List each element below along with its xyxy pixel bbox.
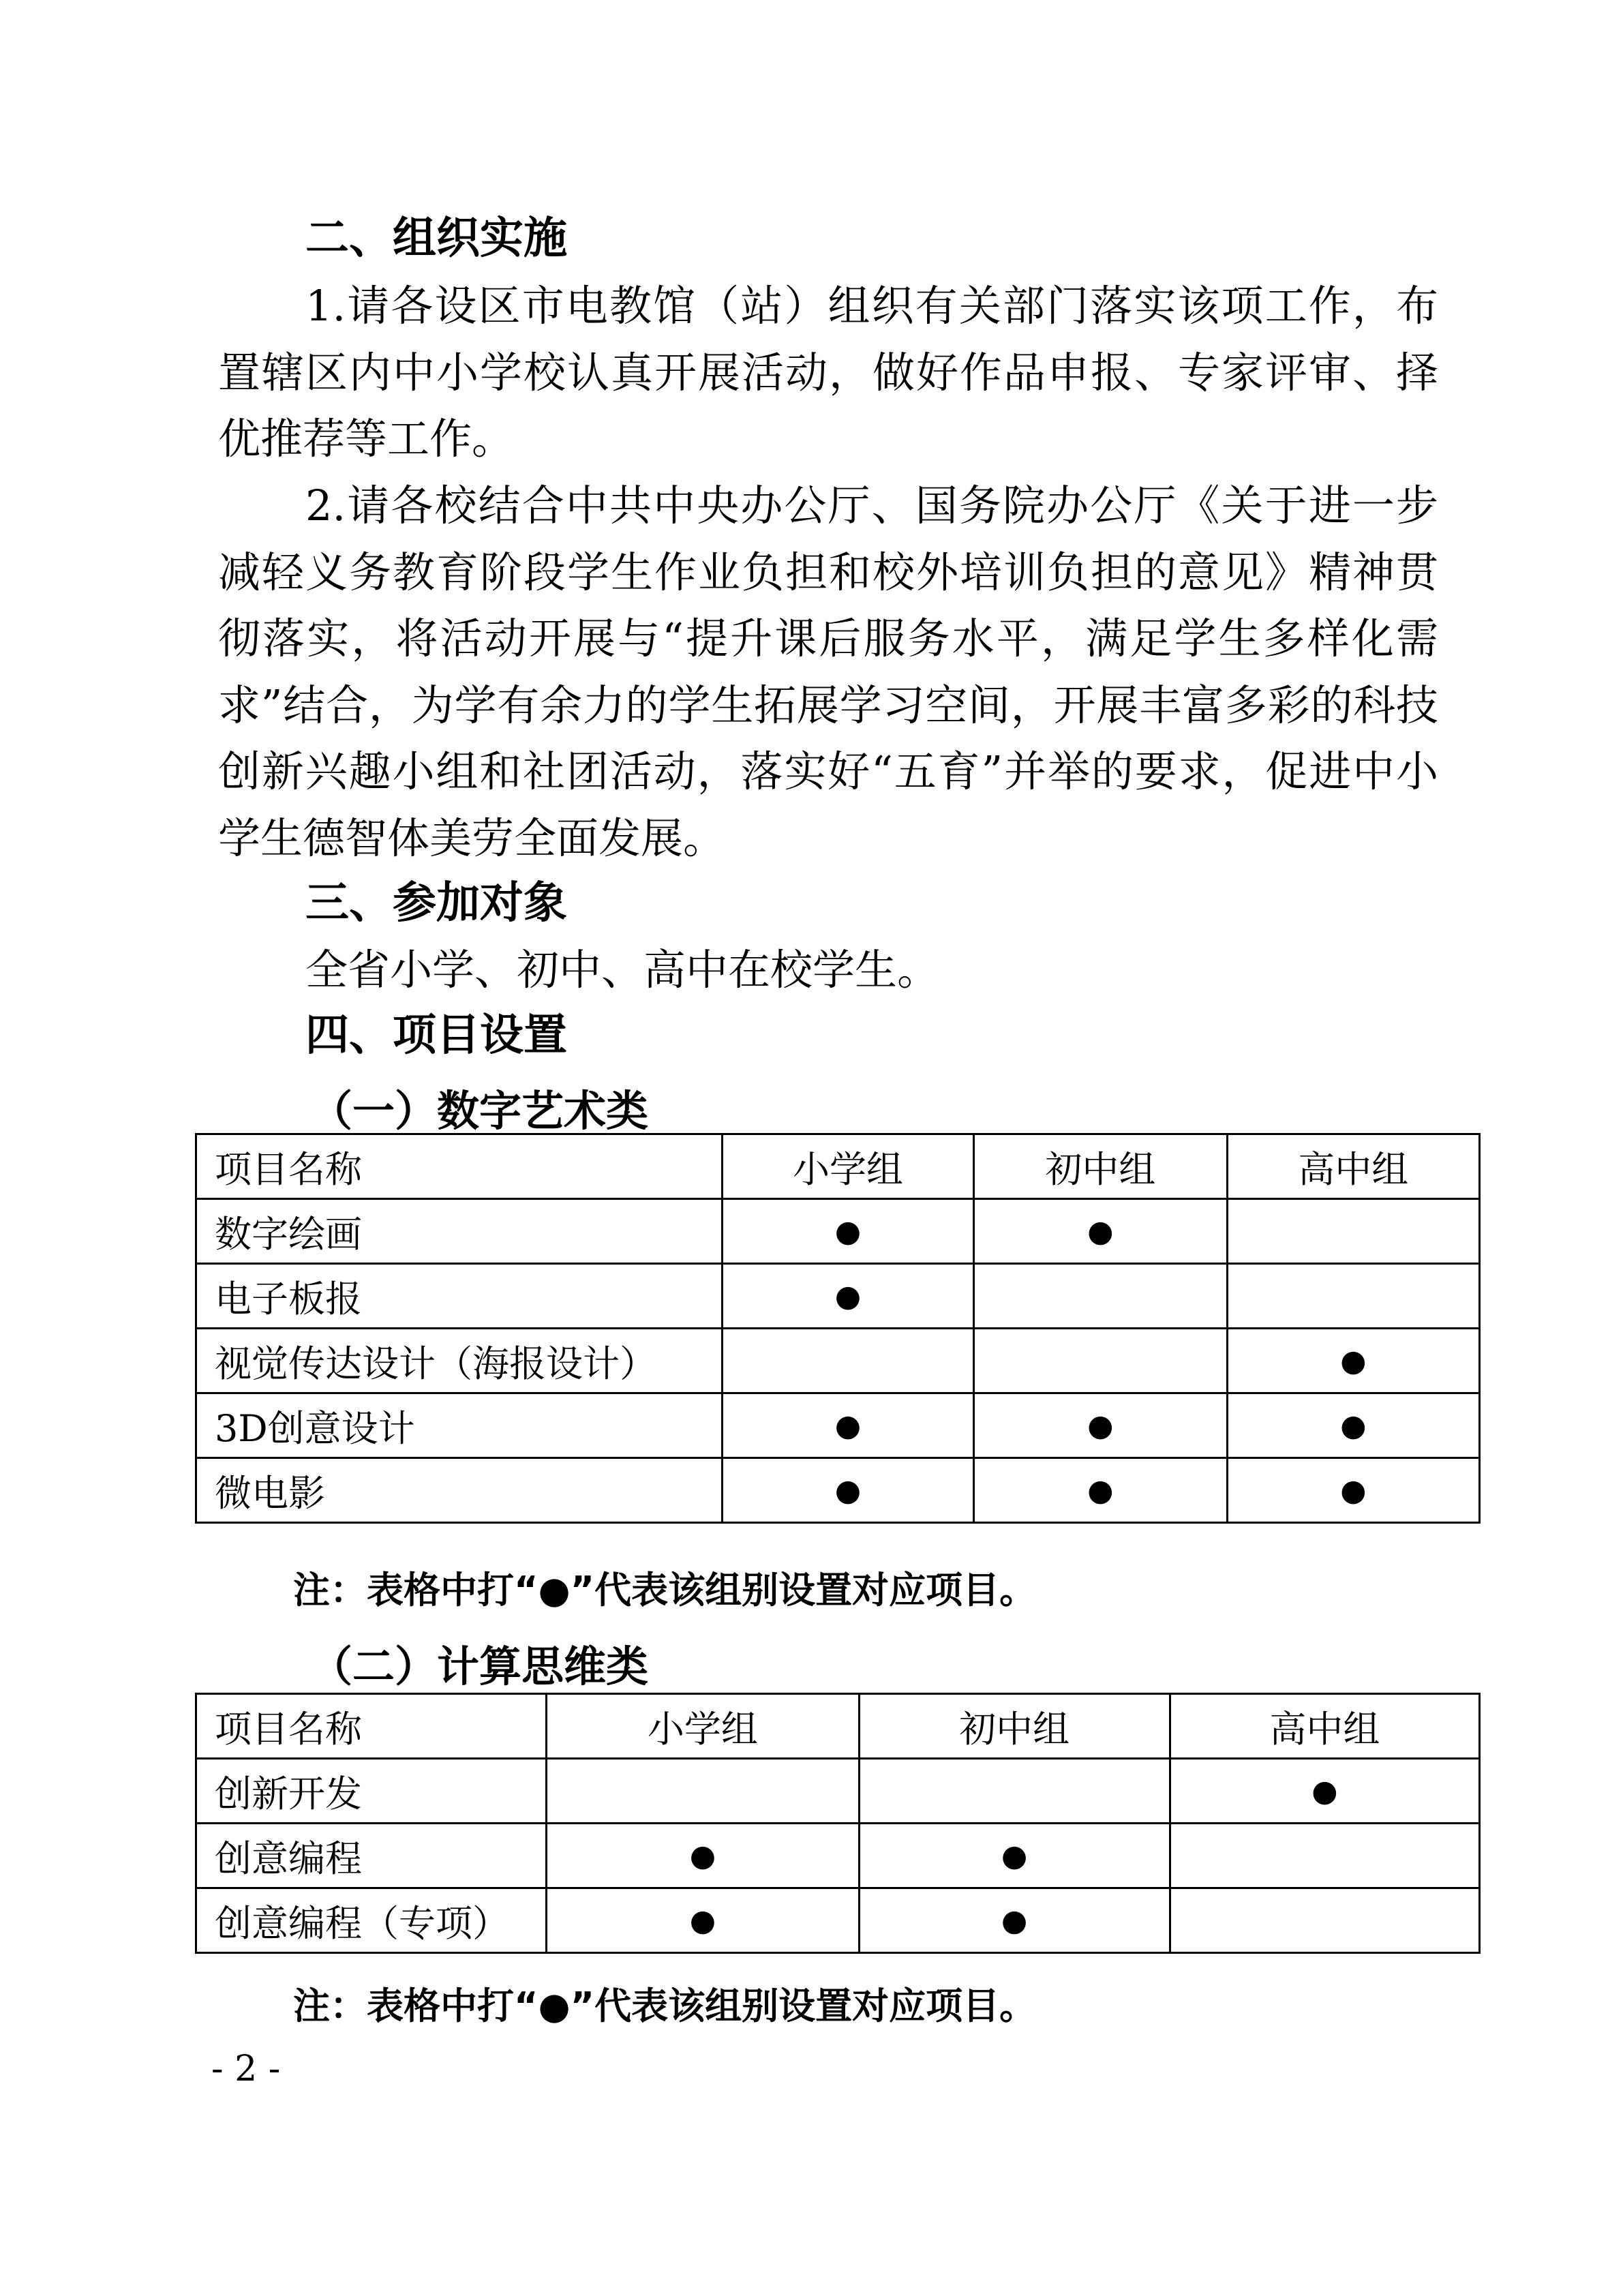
project-name-cell: 创意编程（专项） (196, 1888, 547, 1953)
digital-art-table: 项目名称 小学组 初中组 高中组 数字绘画 ● ● 电子板报 ● 视觉传达设计（… (195, 1133, 1481, 1524)
project-name-cell: 创意编程 (196, 1824, 547, 1888)
dot-cell (1227, 1199, 1479, 1264)
dot-cell: ● (859, 1888, 1170, 1953)
header-cell: 项目名称 (196, 1694, 547, 1759)
table1-title: （一）数字艺术类 (310, 1077, 648, 1138)
dot-cell: ● (722, 1264, 973, 1329)
table-row: 创意编程 ● ● (196, 1824, 1480, 1888)
header-cell: 小学组 (722, 1134, 973, 1199)
paragraph-item-2: 2.请各校结合中共中央办公厅、国务院办公厅《关于进一步减轻义务教育阶段学生作业负… (218, 472, 1438, 871)
table-row: 电子板报 ● (196, 1264, 1480, 1329)
page-number: - 2 - (211, 2049, 280, 2089)
table-row: 创意编程（专项） ● ● (196, 1888, 1480, 1953)
table-header-row: 项目名称 小学组 初中组 高中组 (196, 1694, 1480, 1759)
header-cell: 小学组 (547, 1694, 859, 1759)
table-row: 创新开发 ● (196, 1759, 1480, 1824)
dot-cell (859, 1759, 1170, 1824)
header-cell: 高中组 (1227, 1134, 1479, 1199)
dot-cell: ● (1227, 1329, 1479, 1393)
dot-cell (974, 1329, 1227, 1393)
table-row: 微电影 ● ● ● (196, 1458, 1480, 1523)
section-heading-projects: 四、项目设置 (305, 1003, 567, 1070)
dot-cell (974, 1264, 1227, 1329)
project-name-cell: 微电影 (196, 1458, 723, 1523)
project-name-cell: 视觉传达设计（海报设计） (196, 1329, 723, 1393)
header-cell: 初中组 (974, 1134, 1227, 1199)
project-name-cell: 3D创意设计 (196, 1393, 723, 1458)
section-heading-organization: 二、组织实施 (305, 206, 567, 273)
dot-cell: ● (974, 1458, 1227, 1523)
project-name-cell: 创新开发 (196, 1759, 547, 1824)
dot-cell: ● (722, 1199, 973, 1264)
section-heading-participants: 三、参加对象 (305, 871, 567, 937)
dot-cell: ● (547, 1888, 859, 1953)
table-row: 3D创意设计 ● ● ● (196, 1393, 1480, 1458)
dot-cell: ● (974, 1393, 1227, 1458)
computational-thinking-table: 项目名称 小学组 初中组 高中组 创新开发 ● 创意编程 ● ● 创意编程（专项… (195, 1693, 1481, 1954)
dot-cell: ● (974, 1199, 1227, 1264)
participants-text: 全省小学、初中、高中在校学生。 (305, 937, 1526, 1003)
table-row: 数字绘画 ● ● (196, 1199, 1480, 1264)
table1-note: 注：表格中打“●”代表该组别设置对应项目。 (293, 1561, 1036, 1614)
dot-cell (1170, 1888, 1479, 1953)
dot-cell (722, 1329, 973, 1393)
table-header-row: 项目名称 小学组 初中组 高中组 (196, 1134, 1480, 1199)
dot-cell: ● (859, 1824, 1170, 1888)
header-cell: 高中组 (1170, 1694, 1479, 1759)
dot-cell: ● (722, 1458, 973, 1523)
paragraph-item-1: 1.请各设区市电教馆（站）组织有关部门落实该项工作，布置辖区内中小学校认真开展活… (218, 273, 1438, 472)
header-cell: 初中组 (859, 1694, 1170, 1759)
table-row: 视觉传达设计（海报设计） ● (196, 1329, 1480, 1393)
dot-cell: ● (1170, 1759, 1479, 1824)
header-cell: 项目名称 (196, 1134, 723, 1199)
dot-cell: ● (547, 1824, 859, 1888)
dot-cell: ● (1227, 1458, 1479, 1523)
dot-cell: ● (722, 1393, 973, 1458)
dot-cell (1170, 1824, 1479, 1888)
dot-cell (547, 1759, 859, 1824)
dot-cell (1227, 1264, 1479, 1329)
dot-cell: ● (1227, 1393, 1479, 1458)
table2-title: （二）计算思维类 (310, 1633, 648, 1693)
project-name-cell: 数字绘画 (196, 1199, 723, 1264)
project-name-cell: 电子板报 (196, 1264, 723, 1329)
table2-note: 注：表格中打“●”代表该组别设置对应项目。 (293, 1977, 1036, 2029)
